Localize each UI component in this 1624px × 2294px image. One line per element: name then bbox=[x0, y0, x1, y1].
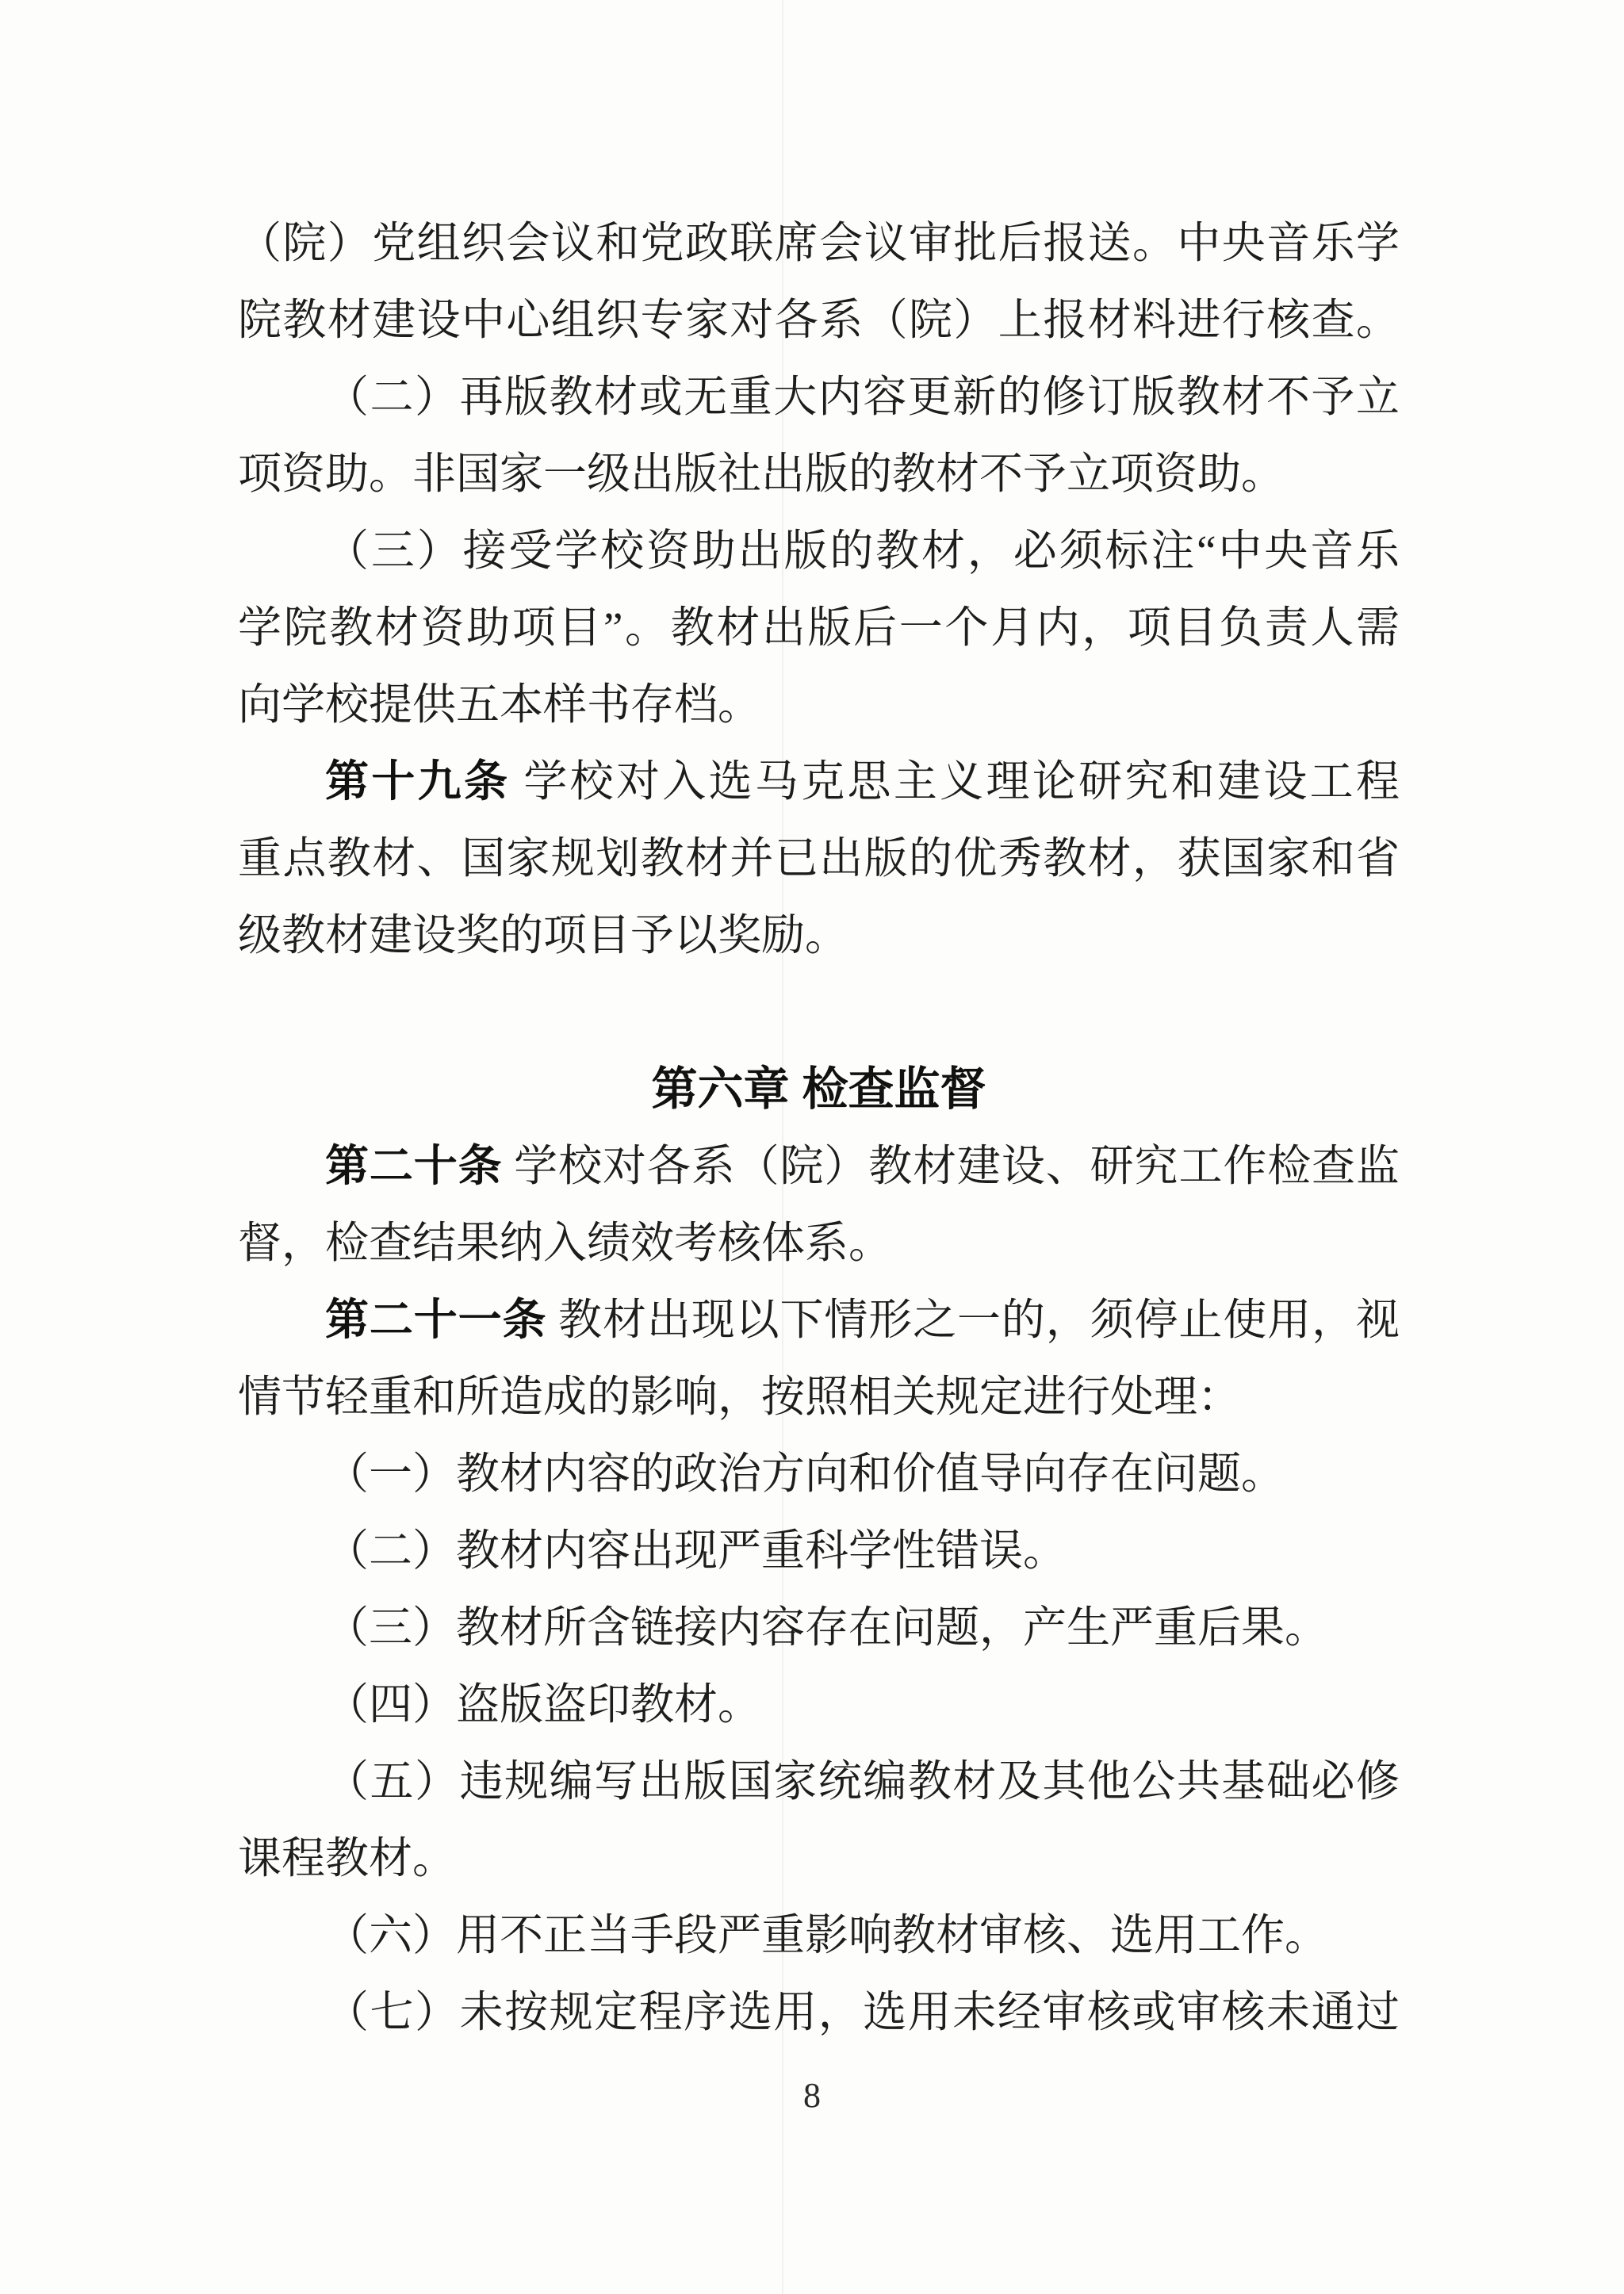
clause-2-line-1: （二）再版教材或无重大内容更新的修订版教材不予立 bbox=[238, 358, 1400, 435]
body-text-segment: 督，检查结果纳入绩效考核体系。 bbox=[238, 1219, 892, 1267]
body-line-1: （院）党组织会议和党政联席会议审批后报送。中央音乐学 bbox=[238, 205, 1400, 281]
item-6-line: （六）用不正当手段严重影响教材审核、选用工作。 bbox=[238, 1897, 1400, 1974]
body-text-segment: （一）教材内容的政治方向和价值导向存在问题。 bbox=[325, 1450, 1285, 1498]
article-20-line-2: 督，检查结果纳入绩效考核体系。 bbox=[238, 1204, 1400, 1281]
body-text-segment: 重点教材、国家规划教材并已出版的优秀教材，获国家和省 bbox=[238, 834, 1400, 883]
item-5-line-2: 课程教材。 bbox=[238, 1820, 1400, 1897]
body-text-segment: 学校对入选马克思主义理论研究和建设工程 bbox=[510, 757, 1400, 806]
body-text-segment: 向学校提供五本样书存档。 bbox=[238, 680, 761, 729]
body-text-segment: 课程教材。 bbox=[238, 1834, 456, 1882]
body-text-segment: （七）未按规定程序选用，选用未经审核或审核未通过 bbox=[325, 1988, 1400, 2036]
article-19-line-1: 第十九条 学校对入选马克思主义理论研究和建设工程 bbox=[238, 743, 1400, 820]
body-text-segment: 学校对各系（院）教材建设、研究工作检查监 bbox=[503, 1142, 1400, 1190]
body-text-segment: （二）教材内容出现严重科学性错误。 bbox=[325, 1526, 1067, 1575]
body-text-segment: （四）盗版盗印教材。 bbox=[325, 1680, 761, 1729]
item-5-line-1: （五）违规编写出版国家统编教材及其他公共基础必修 bbox=[238, 1743, 1400, 1820]
bold-text-segment: 第十九条 bbox=[325, 756, 510, 806]
body-text-segment: 项资助。非国家一级出版社出版的教材不予立项资助。 bbox=[238, 450, 1285, 498]
page-number: 8 bbox=[0, 2068, 1624, 2124]
body-text-segment: 院教材建设中心组织专家对各系（院）上报材料进行核查。 bbox=[238, 296, 1400, 344]
article-19-line-2: 重点教材、国家规划教材并已出版的优秀教材，获国家和省 bbox=[238, 820, 1400, 897]
body-text-segment: （六）用不正当手段严重影响教材审核、选用工作。 bbox=[325, 1911, 1328, 1959]
body-text-segment: （三）教材所含链接内容存在问题，产生严重后果。 bbox=[325, 1603, 1328, 1652]
clause-3-line-2: 学院教材资助项目”。教材出版后一个月内，项目负责人需 bbox=[238, 589, 1400, 666]
body-text-segment: 级教材建设奖的项目予以奖励。 bbox=[238, 911, 848, 959]
article-20-line-1: 第二十条 学校对各系（院）教材建设、研究工作检查监 bbox=[238, 1128, 1400, 1204]
item-2-line: （二）教材内容出现严重科学性错误。 bbox=[238, 1512, 1400, 1589]
bold-text-segment: 第二十条 bbox=[325, 1141, 503, 1190]
item-3-line: （三）教材所含链接内容存在问题，产生严重后果。 bbox=[238, 1589, 1400, 1666]
body-text-segment: 情节轻重和所造成的影响，按照相关规定进行处理： bbox=[238, 1373, 1241, 1421]
body-text-segment: （院）党组织会议和党政联席会议审批后报送。中央音乐学 bbox=[238, 219, 1400, 267]
blank-line bbox=[238, 974, 1400, 1051]
article-19-line-3: 级教材建设奖的项目予以奖励。 bbox=[238, 897, 1400, 974]
body-text-segment: 教材出现以下情形之一的，须停止使用，视 bbox=[546, 1296, 1400, 1344]
body-text-segment: （五）违规编写出版国家统编教材及其他公共基础必修 bbox=[325, 1757, 1400, 1806]
scanned-document-page: （院）党组织会议和党政联席会议审批后报送。中央音乐学院教材建设中心组织专家对各系… bbox=[0, 0, 1624, 2294]
clause-3-line-1: （三）接受学校资助出版的教材，必须标注“中央音乐 bbox=[238, 512, 1400, 589]
clause-3-line-3: 向学校提供五本样书存档。 bbox=[238, 666, 1400, 743]
bold-text-segment: 第六章 检查监督 bbox=[651, 1063, 986, 1115]
item-7-line: （七）未按规定程序选用，选用未经审核或审核未通过 bbox=[238, 1974, 1400, 2051]
article-21-line-2: 情节轻重和所造成的影响，按照相关规定进行处理： bbox=[238, 1358, 1400, 1435]
body-text-segment: （二）再版教材或无重大内容更新的修订版教材不予立 bbox=[325, 373, 1400, 421]
chapter-heading: 第六章 检查监督 bbox=[238, 1051, 1400, 1128]
body-text-segment: 学院教材资助项目”。教材出版后一个月内，项目负责人需 bbox=[238, 603, 1400, 652]
body-line-2: 院教材建设中心组织专家对各系（院）上报材料进行核查。 bbox=[238, 281, 1400, 358]
document-body: （院）党组织会议和党政联席会议审批后报送。中央音乐学院教材建设中心组织专家对各系… bbox=[238, 205, 1400, 2051]
item-1-line: （一）教材内容的政治方向和价值导向存在问题。 bbox=[238, 1435, 1400, 1512]
body-text-segment: （三）接受学校资助出版的教材，必须标注“中央音乐 bbox=[325, 527, 1400, 575]
bold-text-segment: 第二十一条 bbox=[325, 1295, 546, 1344]
article-21-line-1: 第二十一条 教材出现以下情形之一的，须停止使用，视 bbox=[238, 1281, 1400, 1358]
item-4-line: （四）盗版盗印教材。 bbox=[238, 1666, 1400, 1743]
clause-2-line-2: 项资助。非国家一级出版社出版的教材不予立项资助。 bbox=[238, 435, 1400, 512]
